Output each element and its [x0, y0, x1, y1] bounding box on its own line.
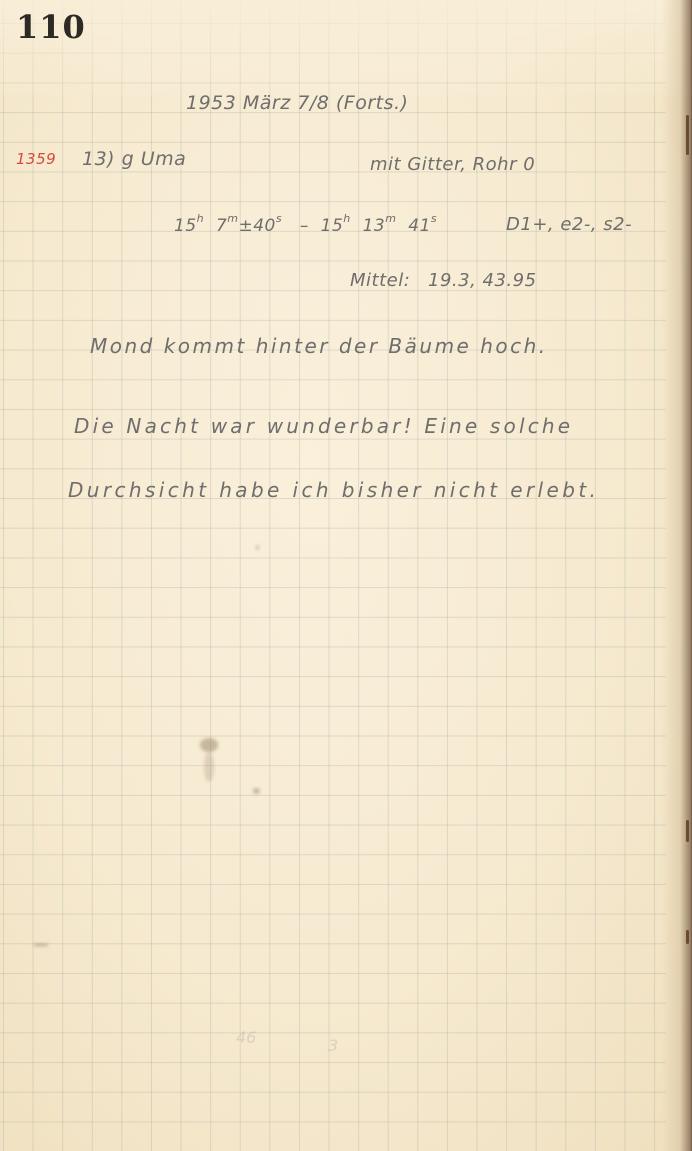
start-hour: 15 [174, 216, 197, 236]
pencil-mark [34, 944, 48, 946]
note-line: Mond kommt hinter der Bäume hoch. [90, 334, 548, 358]
top-margin [0, 0, 692, 95]
binding-stitch [686, 820, 689, 842]
end-minute: 13 [363, 216, 386, 236]
mean-values: 19.3, 43.95 [428, 270, 537, 291]
ink-smudge [204, 752, 214, 782]
note-line: Durchsicht habe ich bisher nicht erlebt. [68, 478, 599, 502]
binding-shadow [662, 0, 692, 1151]
page-number: 110 [16, 8, 86, 46]
end-second: 41 [408, 216, 431, 236]
show-through-mark: 46 [236, 1028, 256, 1047]
show-through-mark: 3 [328, 1036, 338, 1055]
ink-dot [253, 788, 260, 794]
note-line: Die Nacht war wunderbar! Eine solche [74, 414, 573, 438]
grid-ruling [0, 0, 666, 1151]
time-range: 15h 7m±40s – 15h 13m 41s [174, 212, 437, 236]
start-second: 40 [253, 216, 276, 236]
object-label: 13) g Uma [82, 148, 186, 170]
ratings: D1+, e2-, s2- [506, 214, 632, 235]
entry-date-header: 1953 März 7/8 (Forts.) [186, 92, 408, 114]
catalog-number: 1359 [16, 150, 56, 168]
notebook-page: 110 1953 März 7/8 (Forts.) 1359 13) g Um… [0, 0, 692, 1151]
binding-stitch [686, 930, 689, 944]
end-hour: 15 [321, 216, 344, 236]
ink-dot [256, 545, 259, 550]
ink-smudge [200, 738, 218, 752]
instrument-note: mit Gitter, Rohr 0 [370, 154, 535, 175]
binding-stitch [686, 115, 689, 155]
start-minute: 7 [216, 216, 227, 236]
mean-label: Mittel: [350, 270, 410, 291]
